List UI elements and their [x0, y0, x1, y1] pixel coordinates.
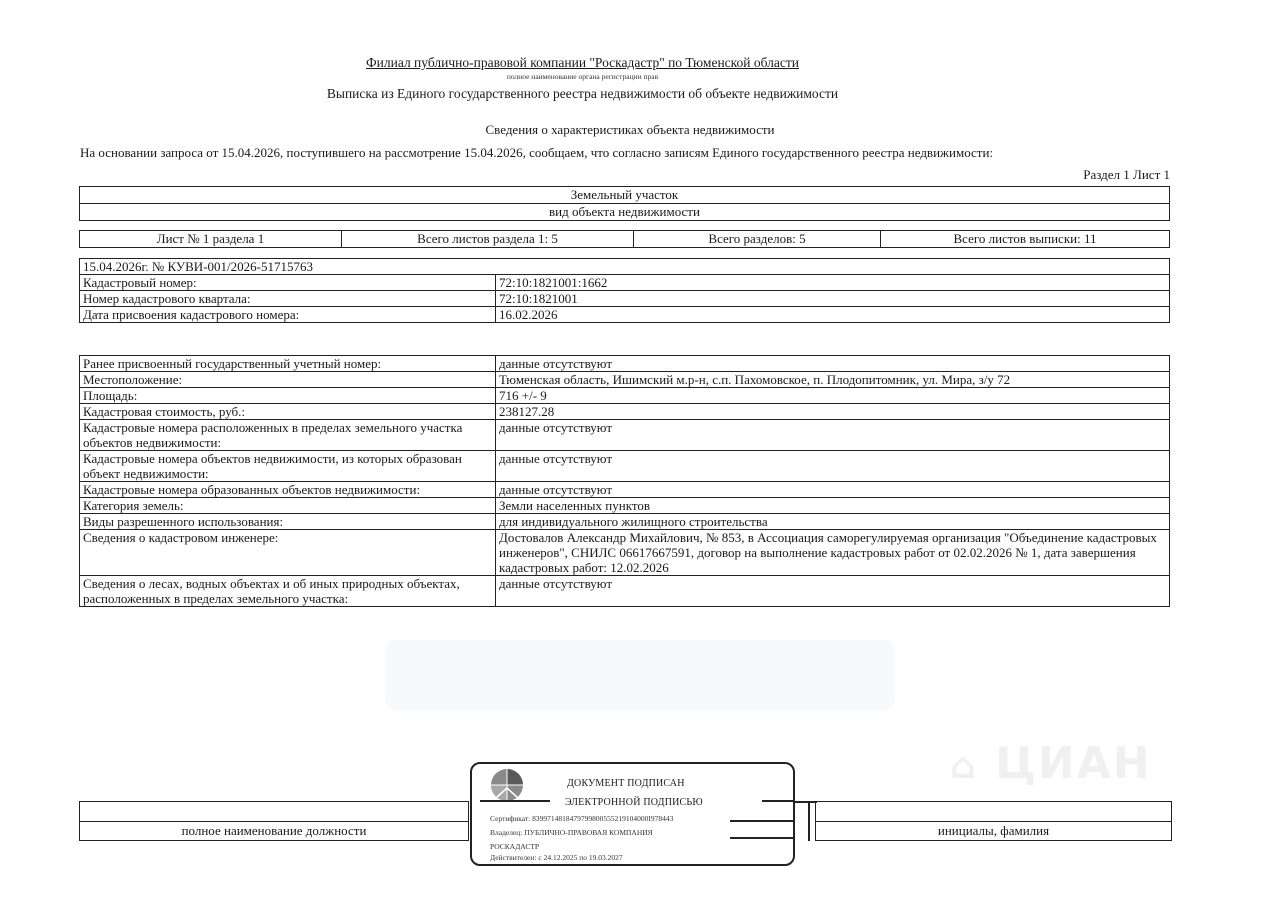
stamp-guide-line: [730, 837, 795, 839]
table-row: Местоположение: Тюменская область, Ишимс…: [80, 372, 1170, 388]
row-label: Площадь:: [80, 388, 496, 404]
row-label: Дата присвоения кадастрового номера:: [80, 307, 496, 323]
position-field: полное наименование должности: [79, 801, 469, 841]
table-row: Ранее присвоенный государственный учетны…: [80, 356, 1170, 372]
table-row: Кадастровые номера объектов недвижимости…: [80, 451, 1170, 482]
cian-logo-icon: ⌂: [950, 746, 978, 787]
row-value: данные отсутствуют: [496, 576, 1170, 607]
row-value: данные отсутствуют: [496, 482, 1170, 498]
organization-name: Филиал публично-правовой компании "Роска…: [0, 55, 1165, 71]
sheet-reference: Раздел 1 Лист 1: [1083, 167, 1170, 183]
object-kind-value: Земельный участок: [80, 187, 1170, 204]
row-label: Кадастровая стоимость, руб.:: [80, 404, 496, 420]
roskadastr-emblem-icon: [490, 768, 524, 802]
row-label: Местоположение:: [80, 372, 496, 388]
row-label: Кадастровый номер:: [80, 275, 496, 291]
row-label: Ранее присвоенный государственный учетны…: [80, 356, 496, 372]
sheet-counters-table: Лист № 1 раздела 1 Всего листов раздела …: [79, 230, 1170, 248]
table-row: Кадастровая стоимость, руб.: 238127.28: [80, 404, 1170, 420]
certificate-validity: Действителен: с 24.12.2025 по 19.03.2027: [490, 853, 623, 862]
sheet-number: Лист № 1 раздела 1: [80, 231, 342, 248]
object-kind-table: Земельный участок вид объекта недвижимос…: [79, 186, 1170, 221]
row-label: Категория земель:: [80, 498, 496, 514]
footer-connector: [795, 801, 817, 803]
organization-caption: полное наименование органа регистрации п…: [0, 72, 1165, 81]
assignment-date: 16.02.2026: [496, 307, 1170, 323]
row-label: Кадастровые номера образованных объектов…: [80, 482, 496, 498]
table-row: Площадь: 716 +/- 9: [80, 388, 1170, 404]
row-value: данные отсутствуют: [496, 420, 1170, 451]
cadastral-number: 72:10:1821001:1662: [496, 275, 1170, 291]
extract-id: 15.04.2026г. № КУВИ-001/2026-51715763: [80, 259, 1170, 275]
row-label: Кадастровые номера объектов недвижимости…: [80, 451, 496, 482]
row-value: данные отсутствуют: [496, 356, 1170, 372]
e-signature-stamp: ДОКУМЕНТ ПОДПИСАН ЭЛЕКТРОННОЙ ПОДПИСЬЮ С…: [470, 762, 795, 866]
certificate-owner: Владелец: ПУБЛИЧНО-ПРАВОВАЯ КОМПАНИЯ: [490, 828, 653, 837]
stamp-guide-line: [762, 800, 795, 802]
table-row: Кадастровые номера расположенных в преде…: [80, 420, 1170, 451]
watermark: ⌂ ЦИАН: [950, 738, 1152, 789]
table-row: Кадастровый номер: 72:10:1821001:1662: [80, 275, 1170, 291]
table-row: Номер кадастрового квартала: 72:10:18210…: [80, 291, 1170, 307]
table-row: Сведения о кадастровом инженере: Достова…: [80, 530, 1170, 576]
cadastral-engineer-value: Достовалов Александр Михайлович, № 853, …: [496, 530, 1170, 576]
row-label: Кадастровые номера расположенных в преде…: [80, 420, 496, 451]
row-label: Номер кадастрового квартала:: [80, 291, 496, 307]
table-row: Дата присвоения кадастрового номера: 16.…: [80, 307, 1170, 323]
land-category-value: Земли населенных пунктов: [496, 498, 1170, 514]
scan-artifact: [385, 640, 895, 710]
cadastral-value: 238127.28: [496, 404, 1170, 420]
row-value: данные отсутствуют: [496, 451, 1170, 482]
name-caption: инициалы, фамилия: [816, 822, 1171, 840]
extract-sheets-total: Всего листов выписки: 11: [881, 231, 1170, 248]
object-kind-caption: вид объекта недвижимости: [80, 204, 1170, 221]
details-table: Ранее присвоенный государственный учетны…: [79, 355, 1170, 607]
location-value: Тюменская область, Ишимский м.р-н, с.п. …: [496, 372, 1170, 388]
certificate-owner-name: РОСКАДАСТР: [490, 842, 539, 851]
row-label: Сведения о лесах, водных объектах и об и…: [80, 576, 496, 607]
table-row: Кадастровые номера образованных объектов…: [80, 482, 1170, 498]
watermark-text: ЦИАН: [995, 738, 1152, 789]
cadastral-quarter: 72:10:1821001: [496, 291, 1170, 307]
table-row: Категория земель: Земли населенных пункт…: [80, 498, 1170, 514]
stamp-guide-line: [730, 820, 795, 822]
section-sheets-total: Всего листов раздела 1: 5: [342, 231, 634, 248]
identification-table: 15.04.2026г. № КУВИ-001/2026-51715763 Ка…: [79, 258, 1170, 323]
section-title: Сведения о характеристиках объекта недви…: [0, 122, 1260, 138]
stamp-title: ДОКУМЕНТ ПОДПИСАН: [567, 778, 685, 789]
sections-total: Всего разделов: 5: [634, 231, 881, 248]
request-basis-text: На основании запроса от 15.04.2026, пост…: [80, 145, 993, 161]
stamp-subtitle: ЭЛЕКТРОННОЙ ПОДПИСЬЮ: [565, 797, 703, 808]
row-label: Виды разрешенного использования:: [80, 514, 496, 530]
document-title: Выписка из Единого государственного реес…: [0, 86, 1165, 102]
table-row: Виды разрешенного использования: для инд…: [80, 514, 1170, 530]
area-value: 716 +/- 9: [496, 388, 1170, 404]
position-caption: полное наименование должности: [80, 822, 468, 840]
footer-divider: [808, 801, 810, 841]
stamp-guide-line: [480, 800, 550, 802]
table-row: Сведения о лесах, водных объектах и об и…: [80, 576, 1170, 607]
permitted-use-value: для индивидуального жилищного строительс…: [496, 514, 1170, 530]
certificate-number: Сертификат: 8399714818479799800555219104…: [490, 814, 673, 823]
name-field: инициалы, фамилия: [815, 801, 1172, 841]
row-label: Сведения о кадастровом инженере:: [80, 530, 496, 576]
